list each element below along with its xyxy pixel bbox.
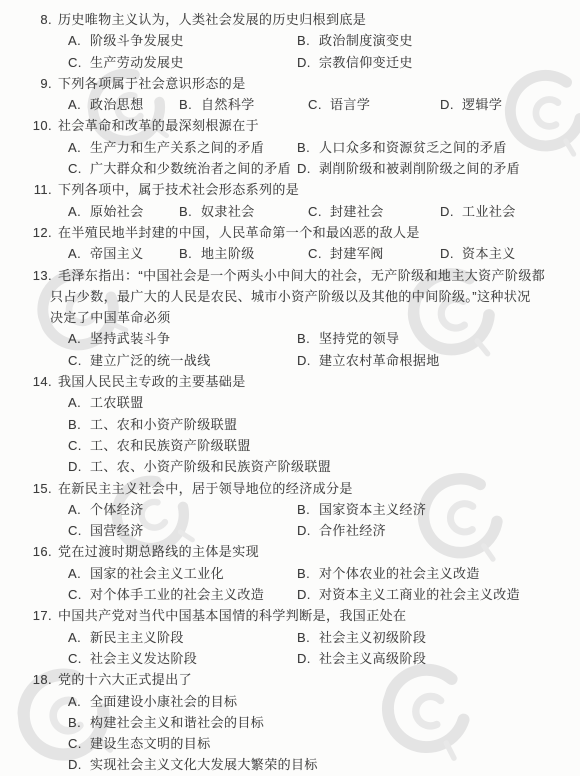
option-d: D.工、农、小资产阶级和民族资产阶级联盟 — [68, 456, 331, 477]
question-stem: 在新民主主义社会中，居于领导地位的经济成分是 — [58, 481, 353, 496]
question-stem: 党在过渡时期总路线的主体是实现 — [58, 544, 259, 559]
scanned-exam-page: 8.历史唯物主义认为，人类社会发展的历史归根到底是 A.阶级斗争发展史 B.政治… — [0, 0, 580, 776]
option-text: 政治制度演变史 — [319, 33, 413, 48]
option-text: 对个体农业的社会主义改造 — [319, 566, 480, 581]
option-text: 地主阶级 — [201, 246, 255, 261]
question-14: 14.我国人民民主专政的主要基础是 A.工农联盟 B.工、农和小资产阶级联盟 C… — [0, 371, 580, 477]
option-a: A.个体经济 — [68, 499, 293, 520]
option-letter: A. — [68, 499, 90, 520]
option-letter: B. — [297, 30, 319, 51]
option-text: 全面建设小康社会的目标 — [90, 694, 237, 709]
option-text: 阶级斗争发展史 — [90, 33, 184, 48]
option-text: 建设生态文明的目标 — [90, 736, 211, 751]
option-a: A.原始社会 — [68, 201, 175, 222]
question-number: 9. — [18, 73, 52, 94]
option-text: 国家资本主义经济 — [319, 502, 426, 517]
question-number: 8. — [18, 9, 52, 30]
option-text: 生产劳动发展史 — [90, 55, 184, 70]
option-c: C.语言学 — [308, 94, 436, 115]
question-18: 18.党的十六大正式提出了 A.全面建设小康社会的目标 B.构建社会主义和谐社会… — [0, 669, 580, 775]
option-letter: C. — [68, 520, 90, 541]
question-stem: 中国共产党对当代中国基本国情的科学判断是，我国正处在 — [58, 608, 406, 623]
option-a: A.生产力和生产关系之间的矛盾 — [68, 137, 293, 158]
option-a: A.国家的社会主义工业化 — [68, 563, 293, 584]
question-number: 18. — [18, 669, 52, 690]
option-text: 新民主主义阶段 — [90, 630, 184, 645]
question-number: 15. — [18, 478, 52, 499]
option-text: 社会主义发达阶段 — [90, 651, 197, 666]
option-letter: B. — [179, 94, 201, 115]
question-stem: 社会革命和改革的最深刻根源在于 — [58, 118, 259, 133]
question-stem: 下列各项属于社会意识形态的是 — [58, 76, 246, 91]
question-8: 8.历史唯物主义认为，人类社会发展的历史归根到底是 A.阶级斗争发展史 B.政治… — [0, 9, 580, 73]
option-d: D.工业社会 — [440, 201, 516, 222]
option-letter: B. — [297, 563, 319, 584]
option-d: D.实现社会主义文化大发展大繁荣的目标 — [68, 754, 318, 775]
option-c: C.广大群众和少数统治者之间的矛盾 — [68, 158, 293, 179]
option-letter: C. — [308, 201, 330, 222]
question-number: 14. — [18, 371, 52, 392]
option-d: D.合作社经济 — [297, 520, 386, 541]
option-text: 政治思想 — [90, 97, 144, 112]
option-b: B.坚持党的领导 — [297, 328, 399, 349]
option-text: 建立广泛的统一战线 — [90, 353, 211, 368]
option-a: A.全面建设小康社会的目标 — [68, 691, 237, 712]
option-text: 原始社会 — [90, 204, 144, 219]
option-text: 构建社会主义和谐社会的目标 — [90, 715, 264, 730]
question-stem-line-3: 决定了中国革命必须 — [0, 307, 580, 328]
option-b: B.地主阶级 — [179, 243, 304, 264]
option-text: 奴隶社会 — [201, 204, 255, 219]
option-text: 工、农和民族资产阶级联盟 — [90, 438, 251, 453]
option-text: 社会主义高级阶段 — [319, 651, 426, 666]
question-12: 12.在半殖民地半封建的中国，人民革命第一个和最凶恶的敌人是 A.帝国主义 B.… — [0, 222, 580, 265]
option-d: D.建立农村革命根据地 — [297, 350, 440, 371]
question-10: 10.社会革命和改革的最深刻根源在于 A.生产力和生产关系之间的矛盾 B.人口众… — [0, 115, 580, 179]
option-c: C.封建军阀 — [308, 243, 436, 264]
option-letter: D. — [440, 94, 462, 115]
option-a: A.工农联盟 — [68, 392, 144, 413]
option-letter: B. — [179, 243, 201, 264]
option-b: B.自然科学 — [179, 94, 304, 115]
question-15: 15.在新民主主义社会中，居于领导地位的经济成分是 A.个体经济 B.国家资本主… — [0, 478, 580, 542]
option-letter: C. — [68, 584, 90, 605]
option-letter: D. — [297, 648, 319, 669]
option-text: 资本主义 — [462, 246, 516, 261]
option-letter: D. — [297, 584, 319, 605]
option-letter: D. — [297, 520, 319, 541]
option-c: C.对个体手工业的社会主义改造 — [68, 584, 293, 605]
option-letter: B. — [297, 328, 319, 349]
option-letter: C. — [68, 52, 90, 73]
option-letter: D. — [440, 201, 462, 222]
option-letter: C. — [68, 158, 90, 179]
question-stem: 历史唯物主义认为，人类社会发展的历史归根到底是 — [58, 12, 366, 27]
option-text: 自然科学 — [201, 97, 255, 112]
option-letter: A. — [68, 243, 90, 264]
option-letter: B. — [297, 627, 319, 648]
option-b: B.工、农和小资产阶级联盟 — [68, 414, 237, 435]
option-text: 广大群众和少数统治者之间的矛盾 — [90, 161, 291, 176]
option-b: B.社会主义初级阶段 — [297, 627, 426, 648]
option-text: 人口众多和资源贫乏之间的矛盾 — [319, 140, 507, 155]
option-letter: B. — [297, 137, 319, 158]
option-d: D.资本主义 — [440, 243, 516, 264]
question-stem-line-1: 毛泽东指出：“中国社会是一个两头小中间大的社会，无产阶级和地主大资产阶级都 — [58, 268, 545, 283]
option-b: B.国家资本主义经济 — [297, 499, 426, 520]
option-c: C.封建社会 — [308, 201, 436, 222]
option-letter: B. — [68, 712, 90, 733]
option-text: 社会主义初级阶段 — [319, 630, 426, 645]
option-letter: A. — [68, 627, 90, 648]
option-text: 实现社会主义文化大发展大繁荣的目标 — [90, 757, 318, 772]
question-13: 13.毛泽东指出：“中国社会是一个两头小中间大的社会，无产阶级和地主大资产阶级都… — [0, 265, 580, 371]
option-letter: D. — [68, 456, 90, 477]
option-c: C.工、农和民族资产阶级联盟 — [68, 435, 251, 456]
option-letter: C. — [68, 350, 90, 371]
question-stem: 我国人民民主专政的主要基础是 — [58, 374, 246, 389]
option-text: 建立农村革命根据地 — [319, 353, 440, 368]
option-letter: C. — [308, 94, 330, 115]
question-number: 16. — [18, 541, 52, 562]
option-letter: B. — [179, 201, 201, 222]
option-letter: D. — [440, 243, 462, 264]
option-text: 坚持武装斗争 — [90, 331, 170, 346]
question-11: 11.下列各项中，属于技术社会形态系列的是 A.原始社会 B.奴隶社会 C.封建… — [0, 179, 580, 222]
option-letter: D. — [68, 754, 90, 775]
option-text: 国营经济 — [90, 523, 144, 538]
question-stem: 下列各项中，属于技术社会形态系列的是 — [58, 182, 299, 197]
option-b: B.构建社会主义和谐社会的目标 — [68, 712, 264, 733]
option-text: 逻辑学 — [462, 97, 502, 112]
option-c: C.社会主义发达阶段 — [68, 648, 293, 669]
question-number: 13. — [18, 265, 52, 286]
option-text: 语言学 — [330, 97, 370, 112]
option-letter: A. — [68, 328, 90, 349]
option-d: D.社会主义高级阶段 — [297, 648, 426, 669]
option-letter: A. — [68, 201, 90, 222]
question-9: 9.下列各项属于社会意识形态的是 A.政治思想 B.自然科学 C.语言学 D.逻… — [0, 73, 580, 116]
question-number: 12. — [18, 222, 52, 243]
option-letter: A. — [68, 563, 90, 584]
question-number: 10. — [18, 115, 52, 136]
option-letter: C. — [68, 648, 90, 669]
option-text: 对个体手工业的社会主义改造 — [90, 587, 264, 602]
option-a: A.阶级斗争发展史 — [68, 30, 293, 51]
option-letter: D. — [297, 350, 319, 371]
option-text: 对资本主义工商业的社会主义改造 — [319, 587, 520, 602]
option-b: B.政治制度演变史 — [297, 30, 413, 51]
option-a: A.坚持武装斗争 — [68, 328, 293, 349]
option-text: 宗教信仰变迁史 — [319, 55, 413, 70]
question-number: 11. — [18, 179, 52, 200]
exam-questions-list: 8.历史唯物主义认为，人类社会发展的历史归根到底是 A.阶级斗争发展史 B.政治… — [0, 0, 580, 776]
option-letter: C. — [68, 733, 90, 754]
option-b: B.对个体农业的社会主义改造 — [297, 563, 480, 584]
question-stem-line-2: 只占少数，最广大的人民是农民、城市小资产阶级以及其他的中间阶级。”这种状况 — [0, 286, 580, 307]
option-a: A.帝国主义 — [68, 243, 175, 264]
option-text: 剥削阶级和被剥削阶级之间的矛盾 — [319, 161, 520, 176]
option-d: D.宗教信仰变迁史 — [297, 52, 413, 73]
option-text: 合作社经济 — [319, 523, 386, 538]
option-text: 封建军阀 — [330, 246, 384, 261]
option-letter: A. — [68, 392, 90, 413]
option-text: 坚持党的领导 — [319, 331, 399, 346]
option-text: 国家的社会主义工业化 — [90, 566, 224, 581]
option-c: C.生产劳动发展史 — [68, 52, 293, 73]
option-text: 工、农和小资产阶级联盟 — [90, 417, 237, 432]
question-16: 16.党在过渡时期总路线的主体是实现 A.国家的社会主义工业化 B.对个体农业的… — [0, 541, 580, 605]
question-17: 17.中国共产党对当代中国基本国情的科学判断是，我国正处在 A.新民主主义阶段 … — [0, 605, 580, 669]
option-letter: B. — [68, 414, 90, 435]
option-d: D.剥削阶级和被剥削阶级之间的矛盾 — [297, 158, 520, 179]
option-a: A.新民主主义阶段 — [68, 627, 293, 648]
option-letter: C. — [308, 243, 330, 264]
option-letter: D. — [297, 158, 319, 179]
option-b: B.奴隶社会 — [179, 201, 304, 222]
question-stem: 党的十六大正式提出了 — [58, 672, 192, 687]
option-c: C.国营经济 — [68, 520, 293, 541]
option-c: C.建设生态文明的目标 — [68, 733, 211, 754]
option-letter: C. — [68, 435, 90, 456]
option-text: 生产力和生产关系之间的矛盾 — [90, 140, 264, 155]
question-stem: 在半殖民地半封建的中国，人民革命第一个和最凶恶的敌人是 — [58, 225, 420, 240]
option-text: 工业社会 — [462, 204, 516, 219]
option-letter: A. — [68, 94, 90, 115]
option-letter: A. — [68, 137, 90, 158]
option-text: 封建社会 — [330, 204, 384, 219]
option-d: D.逻辑学 — [440, 94, 502, 115]
option-text: 帝国主义 — [90, 246, 144, 261]
question-number: 17. — [18, 605, 52, 626]
option-letter: A. — [68, 30, 90, 51]
option-a: A.政治思想 — [68, 94, 175, 115]
option-d: D.对资本主义工商业的社会主义改造 — [297, 584, 520, 605]
option-b: B.人口众多和资源贫乏之间的矛盾 — [297, 137, 507, 158]
option-letter: D. — [297, 52, 319, 73]
option-text: 工农联盟 — [90, 395, 144, 410]
option-text: 工、农、小资产阶级和民族资产阶级联盟 — [90, 459, 331, 474]
option-letter: B. — [297, 499, 319, 520]
option-letter: A. — [68, 691, 90, 712]
option-c: C.建立广泛的统一战线 — [68, 350, 293, 371]
option-text: 个体经济 — [90, 502, 144, 517]
